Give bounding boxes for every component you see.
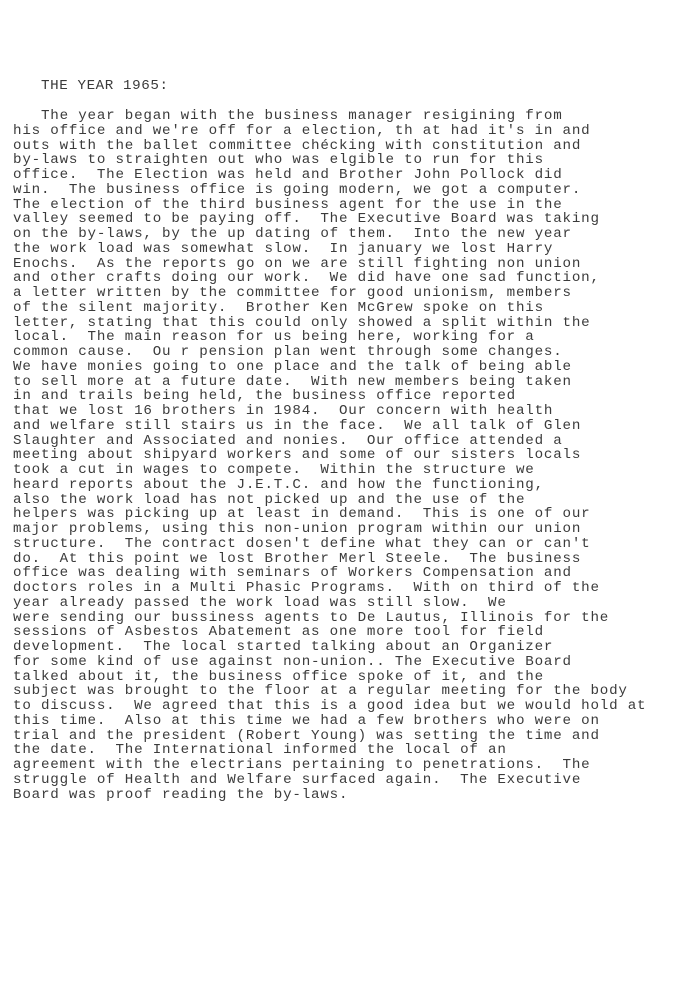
text-line: helpers was picking up at least in deman… — [13, 507, 646, 522]
text-line: his office and we're off for a election,… — [13, 124, 646, 139]
text-line: Enochs. As the reports go on we are stil… — [13, 257, 646, 272]
text-line: the work load was somewhat slow. In janu… — [13, 242, 646, 257]
text-line: by-laws to straighten out who was elgibl… — [13, 153, 646, 168]
text-line: The year began with the business manager… — [13, 109, 646, 124]
text-line: letter, stating that this could only sho… — [13, 316, 646, 331]
text-line: talked about it, the business office spo… — [13, 670, 646, 685]
text-line: office was dealing with seminars of Work… — [13, 566, 646, 581]
text-line: meeting about shipyard workers and some … — [13, 448, 646, 463]
text-line: major problems, using this non-union pro… — [13, 522, 646, 537]
text-line: structure. The contract dosen't define w… — [13, 537, 646, 552]
text-line: The election of the third business agent… — [13, 198, 646, 213]
document-body: The year began with the business manager… — [13, 109, 646, 802]
text-line: this time. Also at this time we had a fe… — [13, 714, 646, 729]
text-line: win. The business office is going modern… — [13, 183, 646, 198]
text-line: development. The local started talking a… — [13, 640, 646, 655]
text-line: also the work load has not picked up and… — [13, 493, 646, 508]
text-line: in and trails being held, the business o… — [13, 389, 646, 404]
text-line: Board was proof reading the by-laws. — [13, 788, 646, 803]
text-line: Slaughter and Associated and nonies. Our… — [13, 434, 646, 449]
text-line: heard reports about the J.E.T.C. and how… — [13, 478, 646, 493]
text-line: and other crafts doing our work. We did … — [13, 271, 646, 286]
text-line: do. At this point we lost Brother Merl S… — [13, 552, 646, 567]
document-heading: THE YEAR 1965: — [41, 78, 169, 94]
text-line: outs with the ballet committee chécking … — [13, 139, 646, 154]
text-line: to sell more at a future date. With new … — [13, 375, 646, 390]
text-line: that we lost 16 brothers in 1984. Our co… — [13, 404, 646, 419]
text-line: on the by-laws, by the up dating of them… — [13, 227, 646, 242]
text-line: were sending our bussiness agents to De … — [13, 611, 646, 626]
text-line: struggle of Health and Welfare surfaced … — [13, 773, 646, 788]
text-line: trial and the president (Robert Young) w… — [13, 729, 646, 744]
text-line: for some kind of use against non-union..… — [13, 655, 646, 670]
text-line: subject was brought to the floor at a re… — [13, 684, 646, 699]
text-line: sessions of Asbestos Abatement as one mo… — [13, 625, 646, 640]
text-line: the date. The International informed the… — [13, 743, 646, 758]
text-line: agreement with the electrians pertaining… — [13, 758, 646, 773]
text-line: office. The Election was held and Brothe… — [13, 168, 646, 183]
text-line: doctors roles in a Multi Phasic Programs… — [13, 581, 646, 596]
text-line: valley seemed to be paying off. The Exec… — [13, 212, 646, 227]
text-line: a letter written by the committee for go… — [13, 286, 646, 301]
text-line: and welfare still stairs us in the face.… — [13, 419, 646, 434]
text-line: to discuss. We agreed that this is a goo… — [13, 699, 646, 714]
text-line: local. The main reason for us being here… — [13, 330, 646, 345]
text-line: common cause. Ou r pension plan went thr… — [13, 345, 646, 360]
text-line: took a cut in wages to compete. Within t… — [13, 463, 646, 478]
text-line: We have monies going to one place and th… — [13, 360, 646, 375]
text-line: of the silent majority. Brother Ken McGr… — [13, 301, 646, 316]
document-page: THE YEAR 1965: The year began with the b… — [0, 0, 700, 996]
text-line: year already passed the work load was st… — [13, 596, 646, 611]
